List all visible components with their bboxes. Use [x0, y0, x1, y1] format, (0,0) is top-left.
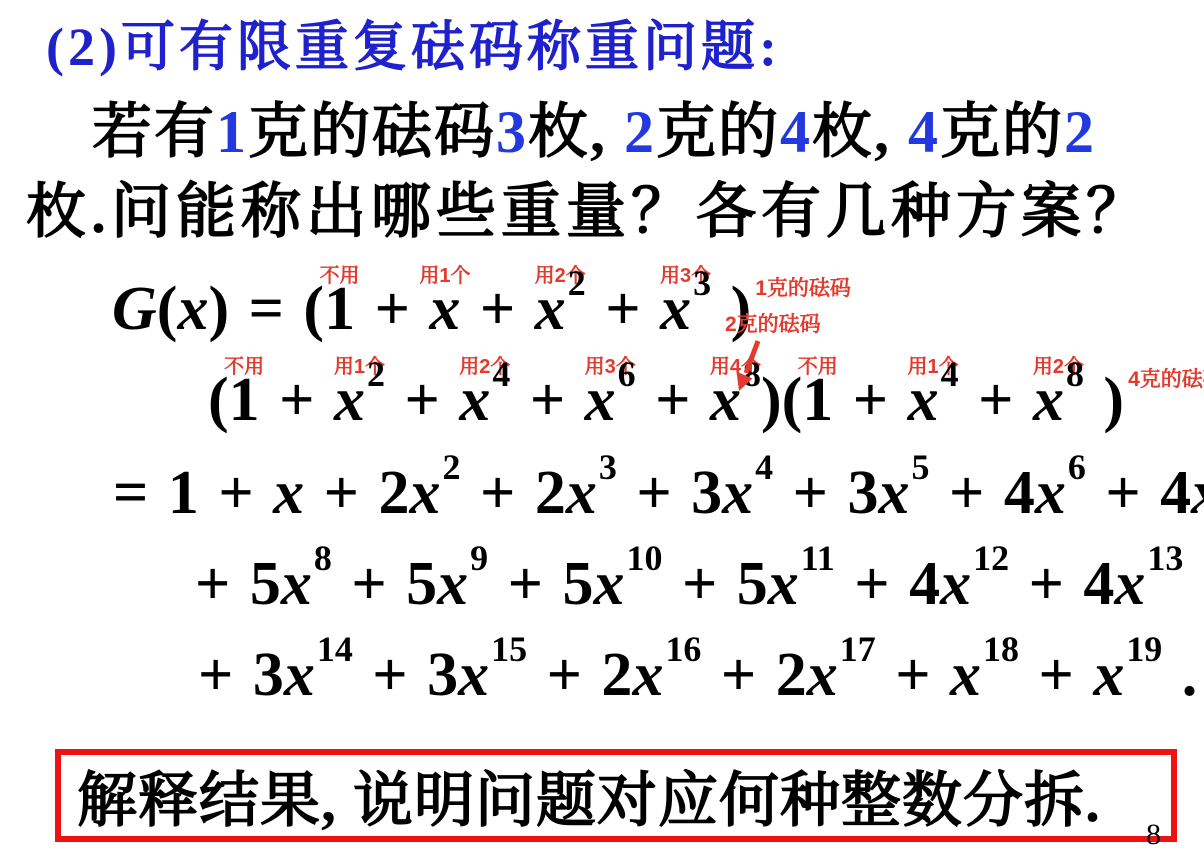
math-text: x	[177, 275, 208, 343]
math-text: x	[807, 641, 838, 709]
math-term-annotated: 不用1	[802, 363, 833, 437]
math-term: + 3	[773, 456, 878, 530]
math-term-annotated: 用1个x	[429, 272, 460, 346]
math-term: x5	[879, 456, 930, 530]
math-text: x	[458, 641, 489, 709]
math-term: +	[355, 272, 429, 346]
exponent: 4	[490, 354, 510, 394]
exponent: 10	[625, 538, 663, 578]
math-term: + 2	[701, 638, 806, 712]
problem-line-2: 枚.问能称出哪些重量？各有几种方案？	[26, 164, 1151, 250]
math-term: x3	[566, 456, 617, 530]
math-text: + 4	[1086, 459, 1191, 527]
exponent: 14	[315, 629, 353, 669]
math-term: + 5	[488, 547, 593, 621]
math-text: x	[437, 550, 468, 618]
text-segment: 克的	[656, 99, 780, 165]
exponent: 4	[939, 354, 959, 394]
exponent: 3	[691, 263, 711, 303]
math-text: +	[833, 366, 907, 434]
math-text: + 3	[353, 641, 458, 709]
exponent: 5	[910, 447, 930, 487]
expansion-line-2: + 5x8 + 5x9 + 5x10 + 5x11 + 4x12 + 4x13	[195, 547, 1183, 621]
exponent: 13	[1145, 538, 1183, 578]
math-text: +	[876, 641, 950, 709]
factors-line: (不用1 + 用1个x2 + 用2个x4 + 用3个x6 + 用4个x8)(不用…	[208, 363, 1204, 437]
math-text: G	[112, 275, 157, 343]
math-text: )	[1084, 366, 1124, 434]
math-term: x12	[940, 547, 1009, 621]
math-text: x	[879, 459, 910, 527]
math-term-annotated: 用1个x4	[908, 363, 959, 437]
math-text: x	[1093, 641, 1124, 709]
text-segment: 克的	[940, 99, 1064, 165]
math-term: x18	[950, 638, 1019, 712]
exponent: 15	[489, 629, 527, 669]
math-text: + 2	[701, 641, 806, 709]
math-term: +	[959, 363, 1033, 437]
math-term: x13	[1114, 547, 1183, 621]
math-text: x	[281, 550, 312, 618]
math-text: x	[722, 459, 753, 527]
page-number: 8	[1146, 818, 1161, 852]
slide-title: (2)可有限重复砝码称重问题:	[46, 4, 781, 81]
math-text: + 5	[488, 550, 593, 618]
math-text: + 3	[773, 459, 878, 527]
math-text: x	[1191, 459, 1204, 527]
math-text: x	[768, 550, 799, 618]
math-term: + 4	[835, 547, 940, 621]
math-text: + 2	[304, 459, 409, 527]
exponent: 9	[468, 538, 488, 578]
math-term: x	[177, 272, 208, 346]
math-term-annotated: 不用1	[324, 272, 355, 346]
exponent: 2	[441, 447, 461, 487]
math-text: x	[284, 641, 315, 709]
math-text: x	[566, 459, 597, 527]
conclusion-box: 解释结果, 说明问题对应何种整数分拆.	[55, 749, 1177, 842]
exponent: 3	[597, 447, 617, 487]
math-text: x	[632, 641, 663, 709]
exponent: 19	[1124, 629, 1162, 669]
math-term: x9	[437, 547, 488, 621]
text-segment: 枚,	[528, 99, 624, 165]
math-text: + 5	[662, 550, 767, 618]
math-term: +	[460, 272, 534, 346]
math-text: + 4	[929, 459, 1034, 527]
math-term: G	[112, 272, 157, 346]
math-term: x8	[281, 547, 332, 621]
expansion-line-1: = 1 + x + 2x2 + 2x3 + 3x4 + 3x5 + 4x6 + …	[113, 456, 1204, 530]
math-text: + 4	[835, 550, 940, 618]
math-text: +	[959, 366, 1033, 434]
math-term: + 5	[332, 547, 437, 621]
math-term-annotated: 用2个x4	[459, 363, 510, 437]
slide: (2)可有限重复砝码称重问题: 若有1克的砝码3枚, 2克的4枚, 4克的2 枚…	[0, 0, 1204, 866]
math-term: +	[1019, 638, 1093, 712]
math-term: x4	[722, 456, 773, 530]
math-term: +	[586, 272, 660, 346]
highlighted-number: 4	[780, 99, 812, 165]
math-term: x19	[1093, 638, 1162, 712]
exponent: 18	[981, 629, 1019, 669]
math-term: +	[260, 363, 334, 437]
math-term: +	[833, 363, 907, 437]
math-term: x6	[1035, 456, 1086, 530]
math-term: + 5	[195, 547, 281, 621]
math-term: + 4	[929, 456, 1034, 530]
exponent: 16	[663, 629, 701, 669]
math-term: + 4	[1009, 547, 1114, 621]
red-arrow-icon	[731, 339, 771, 395]
math-text: x	[273, 459, 304, 527]
weight-type-annotation: 4克的砝码	[1124, 368, 1204, 391]
math-term: x	[273, 456, 304, 530]
highlighted-number: 3	[496, 99, 528, 165]
math-term: +	[510, 363, 584, 437]
math-text: x	[410, 459, 441, 527]
math-term: )	[1084, 363, 1124, 437]
math-term-annotated: 用3个x6	[585, 363, 636, 437]
exponent: 8	[312, 538, 332, 578]
math-text: x	[940, 550, 971, 618]
math-term-annotated: 用1个x2	[334, 363, 385, 437]
math-term: + 3	[353, 638, 458, 712]
highlighted-number: 4	[908, 99, 940, 165]
math-text: + 2	[461, 459, 566, 527]
math-term: + 2	[304, 456, 409, 530]
math-term: x7	[1191, 456, 1204, 530]
math-term: + 5	[662, 547, 767, 621]
math-text: + 3	[198, 641, 284, 709]
math-text: +	[260, 366, 334, 434]
math-term: x10	[594, 547, 663, 621]
math-text: = 1 +	[113, 459, 273, 527]
weight-2g-label: 2克的砝码	[725, 308, 821, 338]
math-text: (	[157, 275, 178, 343]
math-term: x17	[807, 638, 876, 712]
exponent: 6	[616, 354, 636, 394]
exponent: 2	[365, 354, 385, 394]
math-term: +	[636, 363, 710, 437]
text-segment: 若有	[92, 99, 216, 165]
math-term: 4克的砝码	[1124, 363, 1204, 437]
text-segment: 枚,	[812, 99, 908, 165]
math-term: x2	[410, 456, 461, 530]
math-term: = 1 +	[113, 456, 273, 530]
math-text: + 3	[617, 459, 722, 527]
math-text: x	[1035, 459, 1066, 527]
conclusion-text: 解释结果, 说明问题对应何种整数分拆.	[61, 753, 1101, 839]
math-term: + 3	[198, 638, 284, 712]
exponent: 4	[753, 447, 773, 487]
math-term: ) = (	[208, 272, 324, 346]
math-text: +	[355, 275, 429, 343]
exponent: 17	[838, 629, 876, 669]
highlighted-number: 2	[1064, 99, 1096, 165]
math-text: +	[636, 366, 710, 434]
exponent: 12	[971, 538, 1009, 578]
math-text: + 2	[527, 641, 632, 709]
text-segment: 克的砝码	[248, 99, 496, 165]
math-term: + 4	[1086, 456, 1191, 530]
math-term-annotated: 用3个x3	[660, 272, 711, 346]
problem-line-1: 若有1克的砝码3枚, 2克的4枚, 4克的2	[92, 84, 1096, 170]
math-term: + 2	[527, 638, 632, 712]
math-term: x16	[632, 638, 701, 712]
math-text: +	[1019, 641, 1093, 709]
math-term: + 2	[461, 456, 566, 530]
usage-annotation: 不用	[224, 355, 264, 379]
math-term: (	[157, 272, 178, 346]
usage-annotation: 不用	[798, 355, 838, 379]
highlighted-number: 1	[216, 99, 248, 165]
usage-annotation: 不用	[320, 264, 360, 288]
math-term: x11	[768, 547, 835, 621]
math-text: ) = (	[208, 275, 324, 343]
math-term-annotated: 用2个x2	[535, 272, 586, 346]
expansion-line-3: + 3x14 + 3x15 + 2x16 + 2x17 + x18 + x19 …	[198, 638, 1197, 712]
math-term: x15	[458, 638, 527, 712]
math-text: +	[586, 275, 660, 343]
math-text: + 4	[1009, 550, 1114, 618]
math-term: x14	[284, 638, 353, 712]
math-term: .	[1162, 638, 1197, 712]
math-term: +	[385, 363, 459, 437]
math-text: x	[1114, 550, 1145, 618]
math-term: + 3	[617, 456, 722, 530]
exponent: 8	[1064, 354, 1084, 394]
weight-type-annotation: 1克的砝码	[751, 277, 851, 300]
exponent: 2	[566, 263, 586, 303]
math-text: +	[385, 366, 459, 434]
math-term-annotated: 用2个x8	[1033, 363, 1084, 437]
math-text: +	[510, 366, 584, 434]
exponent: 11	[799, 538, 835, 578]
math-text: x	[950, 641, 981, 709]
math-term-annotated: 不用1	[229, 363, 260, 437]
math-text: x	[594, 550, 625, 618]
math-text: +	[460, 275, 534, 343]
math-text: + 5	[332, 550, 437, 618]
exponent: 6	[1066, 447, 1086, 487]
math-text: + 5	[195, 550, 281, 618]
highlighted-number: 2	[624, 99, 656, 165]
math-text: .	[1162, 641, 1197, 709]
math-term: +	[876, 638, 950, 712]
